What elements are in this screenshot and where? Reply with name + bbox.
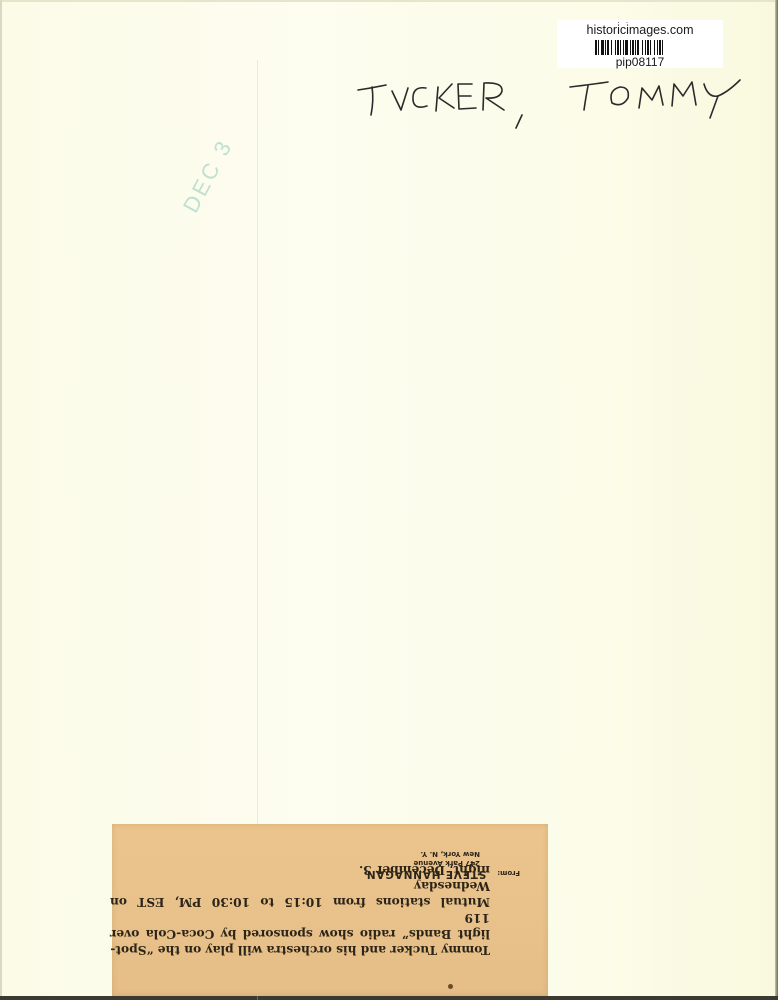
page-edge-left — [0, 0, 2, 1000]
photo-back-page: ·· historicimages.com pip08117 TUCKER, T… — [0, 0, 778, 1000]
label-code: pip08117 — [557, 55, 723, 69]
handwritten-name: TUCKER, TOMMY — [350, 70, 750, 140]
date-stamp: DEC 3 — [178, 135, 238, 218]
from-address-line: New York, N. Y. — [366, 849, 480, 858]
clipping-line: light Bands” radio show sponsored by Coc… — [110, 910, 490, 942]
page-edge-top — [0, 0, 778, 2]
newspaper-clipping: From: STEVE HANNAGAN 247 Park Avenue New… — [112, 824, 548, 996]
clipping-line: Tommy Tucker and his orchestra will play… — [110, 942, 490, 958]
clipping-rotated-content: From: STEVE HANNAGAN 247 Park Avenue New… — [112, 824, 548, 996]
clipping-body: Tommy Tucker and his orchestra will play… — [110, 862, 490, 958]
label-website: historicimages.com — [557, 23, 723, 37]
clipping-line: Mutual stations from 10:15 to 10:30 PM, … — [110, 878, 490, 910]
clipping-line: night, December 3. — [110, 862, 490, 878]
ink-spot — [448, 984, 453, 989]
from-label: From: — [497, 869, 520, 877]
page-edge-bottom — [0, 996, 778, 1000]
archive-label: ·· historicimages.com pip08117 — [557, 20, 723, 68]
barcode-icon — [595, 40, 687, 55]
